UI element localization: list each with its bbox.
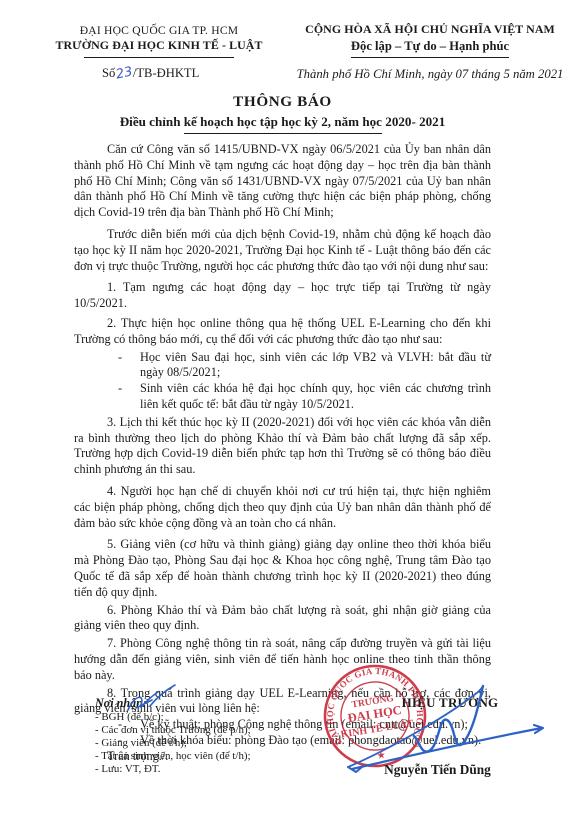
national-motto-line2: Độc lập – Tự do – Hạnh phúc xyxy=(288,39,572,54)
signature-icon xyxy=(328,668,566,778)
paragraph-legal-basis: Căn cứ Công văn số 1415/UBND-VX ngày 06/… xyxy=(74,142,491,221)
national-header: CỘNG HÒA XÃ HỘI CHỦ NGHĨA VIỆT NAM Độc l… xyxy=(288,22,572,58)
motto-underline xyxy=(351,57,509,58)
title-block: THÔNG BÁO Điều chỉnh kế hoạch học tập họ… xyxy=(74,93,491,134)
national-motto-line1: CỘNG HÒA XÃ HỘI CHỦ NGHĨA VIỆT NAM xyxy=(288,22,572,37)
bullet-dash: - xyxy=(118,381,140,413)
document-page: ĐẠI HỌC QUỐC GIA TP. HCM TRƯỜNG ĐẠI HỌC … xyxy=(0,0,584,834)
title-underline xyxy=(184,133,382,134)
item-2: 2. Thực hiện học online thông qua hệ thố… xyxy=(74,316,491,348)
issuer-underline xyxy=(84,57,234,58)
document-title: THÔNG BÁO xyxy=(74,93,491,111)
recipient-item: - Lưu: VT, ĐT. xyxy=(95,763,251,776)
recipient-item: - Giảng viên (để t/h); xyxy=(95,737,251,750)
bullet-text: Học viên Sau đại học, sinh viên các lớp … xyxy=(140,350,491,382)
item-4: 4. Người học hạn chế di chuyển khỏi nơi … xyxy=(74,484,491,531)
item-1: 1. Tạm ngưng các hoạt động dạy – học trự… xyxy=(74,280,491,312)
doc-number-suffix: /TB-ĐHKTL xyxy=(133,66,199,80)
document-number: Số23/TB-ĐHKTL xyxy=(102,66,199,81)
doc-number-handwritten: 23 xyxy=(115,64,134,82)
paraph-signature-icon xyxy=(122,682,180,718)
item-2-bullet-2: - Sinh viên các khóa hệ đại học chính qu… xyxy=(118,381,491,413)
issuer-header: ĐẠI HỌC QUỐC GIA TP. HCM TRƯỜNG ĐẠI HỌC … xyxy=(36,24,282,58)
bullet-text: Sinh viên các khóa hệ đại học chính quy,… xyxy=(140,381,491,413)
issuer-parent-org: ĐẠI HỌC QUỐC GIA TP. HCM xyxy=(36,24,282,37)
item-5: 5. Giảng viên (cơ hữu và thỉnh giảng) gi… xyxy=(74,537,491,600)
item-6: 6. Phòng Khảo thí và Đảm bảo chất lượng … xyxy=(74,603,491,635)
issuer-org: TRƯỜNG ĐẠI HỌC KINH TẾ - LUẬT xyxy=(36,38,282,53)
bullet-dash: - xyxy=(118,350,140,382)
item-3: 3. Lịch thi kết thúc học kỳ II (2020-202… xyxy=(74,415,491,478)
doc-number-prefix: Số xyxy=(102,66,115,80)
item-2-bullet-1: - Học viên Sau đại học, sinh viên các lớ… xyxy=(118,350,491,382)
paragraph-intro: Trước diễn biến mới của dịch bệnh Covid-… xyxy=(74,227,491,274)
recipient-item: - Các đơn vị thuộc Trường (để p/h); xyxy=(95,724,251,737)
place-date-line: Thành phố Hồ Chí Minh, ngày 07 tháng 5 n… xyxy=(288,67,572,82)
recipient-item: - Tất cả sinh viên, học viên (để t/h); xyxy=(95,750,251,763)
document-subtitle: Điều chỉnh kế hoạch học tập học kỳ 2, nă… xyxy=(74,114,491,130)
